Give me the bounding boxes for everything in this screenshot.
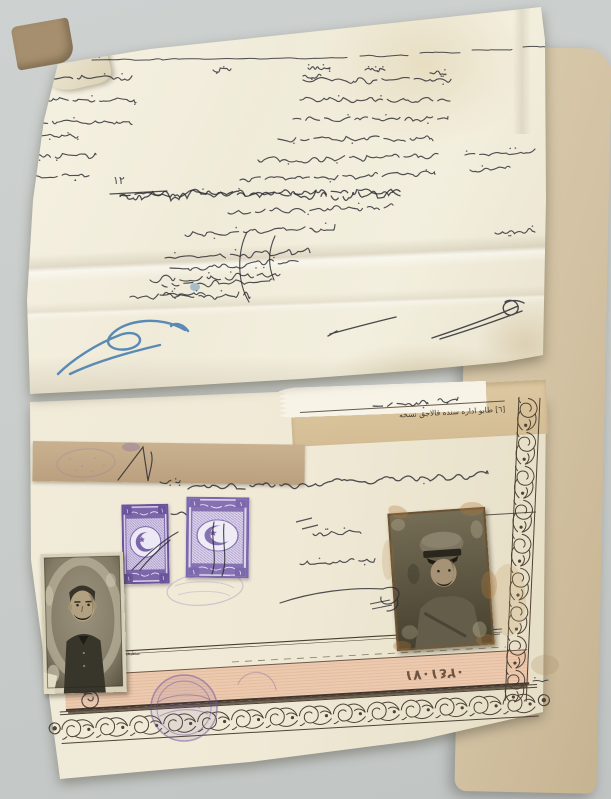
signature-blue xyxy=(58,321,188,374)
top-page: ١٢ xyxy=(25,4,547,396)
signature-black-right xyxy=(432,300,524,339)
handwritten-text-block xyxy=(34,46,545,299)
bracket-marks xyxy=(240,232,275,302)
top-page-wrap: ١٢ xyxy=(0,0,611,799)
handwriting-layer xyxy=(25,4,547,396)
blue-ink-smudge xyxy=(190,283,200,291)
photo-of-documents: ٠٢٤١٠٧١ [٦] طابو اداره سنده قالاجق نسخه … xyxy=(0,0,611,799)
signature-black-center xyxy=(328,317,396,336)
